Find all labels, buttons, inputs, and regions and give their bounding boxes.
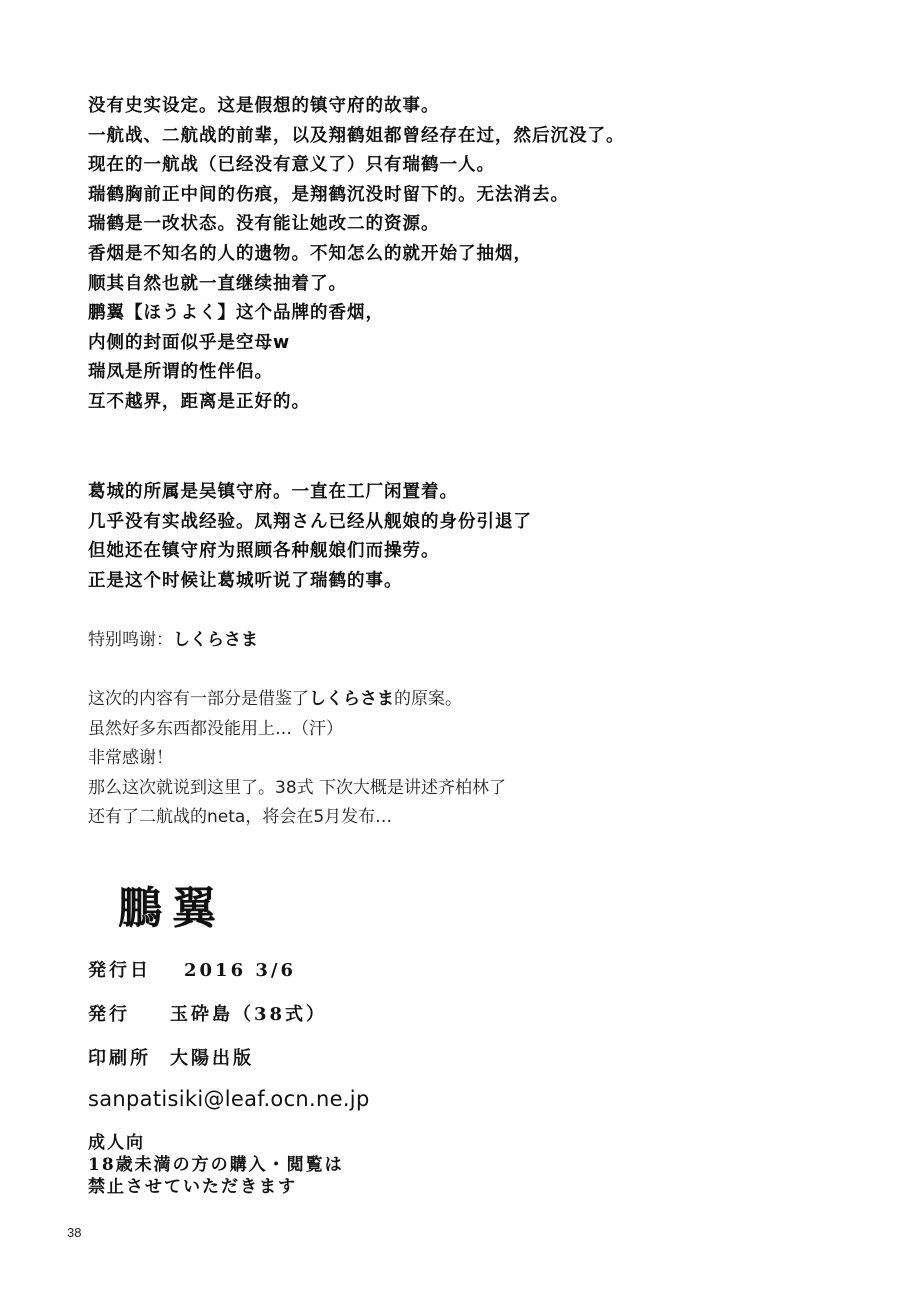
text-line: 互不越界，距离是正好的。	[88, 388, 625, 418]
text-line: 非常感谢！	[88, 744, 506, 774]
special-thanks-label: 特别鸣谢：	[88, 630, 173, 650]
special-thanks-name: しくらさま	[173, 630, 258, 650]
text-line: 鹏翼【ほうよく】这个品牌的香烟，	[88, 299, 625, 329]
text-line: 一航战、二航战的前辈，以及翔鹤姐都曾经存在过，然后沉没了。	[88, 122, 625, 152]
text-line: 正是这个时候让葛城听说了瑞鹤的事。	[88, 567, 532, 597]
notice-line: 成人向	[88, 1132, 344, 1154]
text-line: 顺其自然也就一直继续抽着了。	[88, 270, 625, 300]
text-span: 的原案。	[394, 689, 462, 709]
text-line: 那么这次就说到这里了。38式 下次大概是讲述齐柏林了	[88, 774, 506, 804]
colophon-value: 玉砕島（38式）	[170, 1000, 327, 1026]
text-line: 瑞鹤胸前正中间的伤痕，是翔鹤沉没时留下的。无法消去。	[88, 181, 625, 211]
text-line: 这次的内容有一部分是借鉴了しくらさま的原案。	[88, 685, 506, 715]
colophon-label: 発行日	[88, 956, 184, 982]
colophon-label: 発行	[88, 1000, 170, 1026]
colophon-printer: 印刷所大陽出版	[88, 1044, 254, 1070]
afterword-section-2: 葛城的所属是吴镇守府。一直在工厂闲置着。 几乎没有实战经验。凤翔さん已经从舰娘的…	[88, 478, 532, 596]
colophon-label: 印刷所	[88, 1044, 170, 1070]
text-line: 但她还在镇守府为照顾各种舰娘们而操劳。	[88, 537, 532, 567]
text-line: 还有了二航战的neta，将会在5月发布…	[88, 803, 506, 833]
author-name: しくらさま	[309, 689, 394, 709]
notice-line: 18歳未満の方の購入・閲覧は	[88, 1154, 344, 1176]
text-line: 葛城的所属是吴镇守府。一直在工厂闲置着。	[88, 478, 532, 508]
text-line: 没有史实设定。这是假想的镇守府的故事。	[88, 92, 625, 122]
adult-notice: 成人向 18歳未満の方の購入・閲覧は 禁止させていただきます	[88, 1132, 344, 1198]
special-thanks-line: 特别鸣谢：しくらさま	[88, 626, 258, 656]
text-line: 虽然好多东西都没能用上…（汗）	[88, 715, 506, 745]
text-line: 香烟是不知名的人的遗物。不知怎么的就开始了抽烟，	[88, 240, 625, 270]
contact-email: sanpatisiki@leaf.ocn.ne.jp	[88, 1087, 370, 1111]
colophon-value: 2016 3/6	[184, 960, 296, 981]
text-line: 瑞鹤是一改状态。没有能让她改二的资源。	[88, 210, 625, 240]
afterword-section-1: 没有史实设定。这是假想的镇守府的故事。 一航战、二航战的前辈，以及翔鹤姐都曾经存…	[88, 92, 625, 418]
thanks-message: 这次的内容有一部分是借鉴了しくらさま的原案。 虽然好多东西都没能用上…（汗） 非…	[88, 685, 506, 833]
page-number: 38	[67, 1225, 81, 1240]
notice-line: 禁止させていただきます	[88, 1176, 344, 1198]
colophon-value: 大陽出版	[170, 1044, 254, 1070]
text-span: 这次的内容有一部分是借鉴了	[88, 689, 309, 709]
text-line: 内侧的封面似乎是空母w	[88, 329, 625, 359]
text-line: 瑞凤是所谓的性伴侣。	[88, 358, 625, 388]
special-thanks: 特别鸣谢：しくらさま	[88, 626, 258, 656]
text-line: 现在的一航战（已经没有意义了）只有瑞鹤一人。	[88, 151, 625, 181]
text-line: 几乎没有实战经验。凤翔さん已经从舰娘的身份引退了	[88, 508, 532, 538]
colophon-release-date: 発行日2016 3/6	[88, 956, 296, 982]
colophon-publisher: 発行玉砕島（38式）	[88, 1000, 327, 1026]
book-title: 鵬翼	[118, 872, 226, 936]
